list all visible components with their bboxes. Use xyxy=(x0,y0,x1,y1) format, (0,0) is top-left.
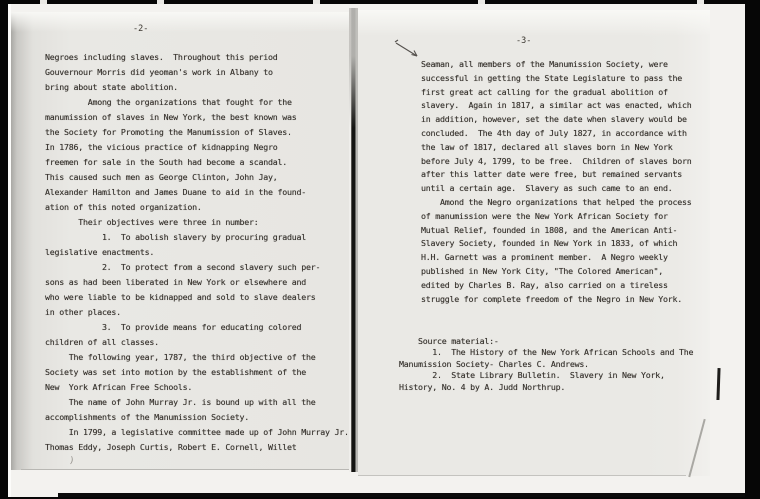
text-line: Society was set into motion by the estab… xyxy=(45,365,353,380)
text-line: Alexander Hamilton and James Duane to ai… xyxy=(45,185,353,200)
text-line: accomplishments of the Manumission Socie… xyxy=(45,410,353,425)
text-line: 1. The History of the New York African S… xyxy=(399,347,693,358)
text-line: struggle for complete freedom of the Neg… xyxy=(421,293,691,307)
text-line: until a certain age. Slavery as such cam… xyxy=(421,182,691,196)
page-2-number: -2- xyxy=(133,24,148,34)
text-line: of manumission were the New York African… xyxy=(421,210,691,224)
text-line: Mutual Relief, founded in 1808, and the … xyxy=(421,224,691,238)
page-3-scan: -3- Seaman, all members of the Manumissi… xyxy=(358,10,710,476)
text-line: Slavery Society, founded in New York in … xyxy=(421,237,691,251)
text-line: children of all classes. xyxy=(45,335,353,350)
scan-smudge-mark: ) xyxy=(68,456,75,467)
text-line: legislative enactments. xyxy=(45,245,353,260)
text-line: in addition, however, set the date when … xyxy=(421,113,691,127)
text-line: Thomas Eddy, Joseph Curtis, Robert E. Co… xyxy=(45,440,353,455)
text-line: manumission of slaves in New York, the b… xyxy=(45,110,353,125)
text-line: 3. To provide means for educating colore… xyxy=(45,320,353,335)
text-line: This caused such men as George Clinton, … xyxy=(45,170,353,185)
text-line: New York African Free Schools. xyxy=(45,380,353,395)
page-3-body: Seaman, all members of the Manumission S… xyxy=(421,58,691,306)
text-line: slavery. Again in 1817, a similar act wa… xyxy=(421,99,691,113)
text-line: concluded. The 4th day of July 1827, in … xyxy=(421,127,691,141)
text-line: 1. To abolish slavery by procuring gradu… xyxy=(45,230,353,245)
page-2-body: Negroes including slaves. Throughout thi… xyxy=(45,50,353,455)
text-line: The name of John Murray Jr. is bound up … xyxy=(45,395,353,410)
text-line: who were liable to be kidnapped and sold… xyxy=(45,290,353,305)
text-line: the law of 1817, declared all slaves bor… xyxy=(421,141,691,155)
text-line: Gouvernour Morris did yeoman's work in A… xyxy=(45,65,353,80)
page-gutter-shadow xyxy=(349,8,358,472)
text-line: before July 4, 1799, to be free. Childre… xyxy=(421,155,691,169)
scan-ink-dash xyxy=(716,368,720,400)
microfilm-frame: -2- Negroes including slaves. Throughout… xyxy=(8,4,745,497)
text-line: The following year, 1787, the third obje… xyxy=(45,350,353,365)
scanned-document-photo: -2- Negroes including slaves. Throughout… xyxy=(0,0,760,499)
page-3-source-material: Source material:- 1. The History of the … xyxy=(399,336,693,393)
page-2-scan: -2- Negroes including slaves. Throughout… xyxy=(11,12,352,470)
text-line: Source material:- xyxy=(399,336,693,347)
text-line: successful in getting the State Legislat… xyxy=(421,72,691,86)
text-line: Negroes including slaves. Throughout thi… xyxy=(45,50,353,65)
text-line: Their objectives were three in number: xyxy=(45,215,353,230)
text-line: ation of this noted organization. xyxy=(45,200,353,215)
text-line: In 1786, the vicious practice of kidnapp… xyxy=(45,140,353,155)
text-line: in other places. xyxy=(45,305,353,320)
page-3-number: -3- xyxy=(516,36,531,46)
text-line: 2. To protect from a second slavery such… xyxy=(45,260,353,275)
text-line: after this latter date were free, but re… xyxy=(421,168,691,182)
text-line: Manumission Society- Charles C. Andrews. xyxy=(399,359,693,370)
text-line: first great act calling for the gradual … xyxy=(421,86,691,100)
text-line: Among the organizations that fought for … xyxy=(45,95,353,110)
text-line: sons as had been liberated in New York o… xyxy=(45,275,353,290)
film-edge-bottom xyxy=(58,493,745,497)
text-line: freemen for sale in the South had become… xyxy=(45,155,353,170)
text-line: published in New York City, "The Colored… xyxy=(421,265,691,279)
page-corner-crease xyxy=(688,419,705,477)
text-line: 2. State Library Bulletin. Slavery in Ne… xyxy=(399,370,693,381)
text-line: H.H. Garnett was a prominent member. A N… xyxy=(421,251,691,265)
text-line: bring about state abolition. xyxy=(45,80,353,95)
text-line: Amond the Negro organizations that helpe… xyxy=(421,196,691,210)
text-line: Seaman, all members of the Manumission S… xyxy=(421,58,691,72)
text-line: In 1799, a legislative committee made up… xyxy=(45,425,353,440)
text-line: the Society for Promoting the Manumissio… xyxy=(45,125,353,140)
text-line: edited by Charles B. Ray, also carried o… xyxy=(421,279,691,293)
text-line: History, No. 4 by A. Judd Northrup. xyxy=(399,382,693,393)
